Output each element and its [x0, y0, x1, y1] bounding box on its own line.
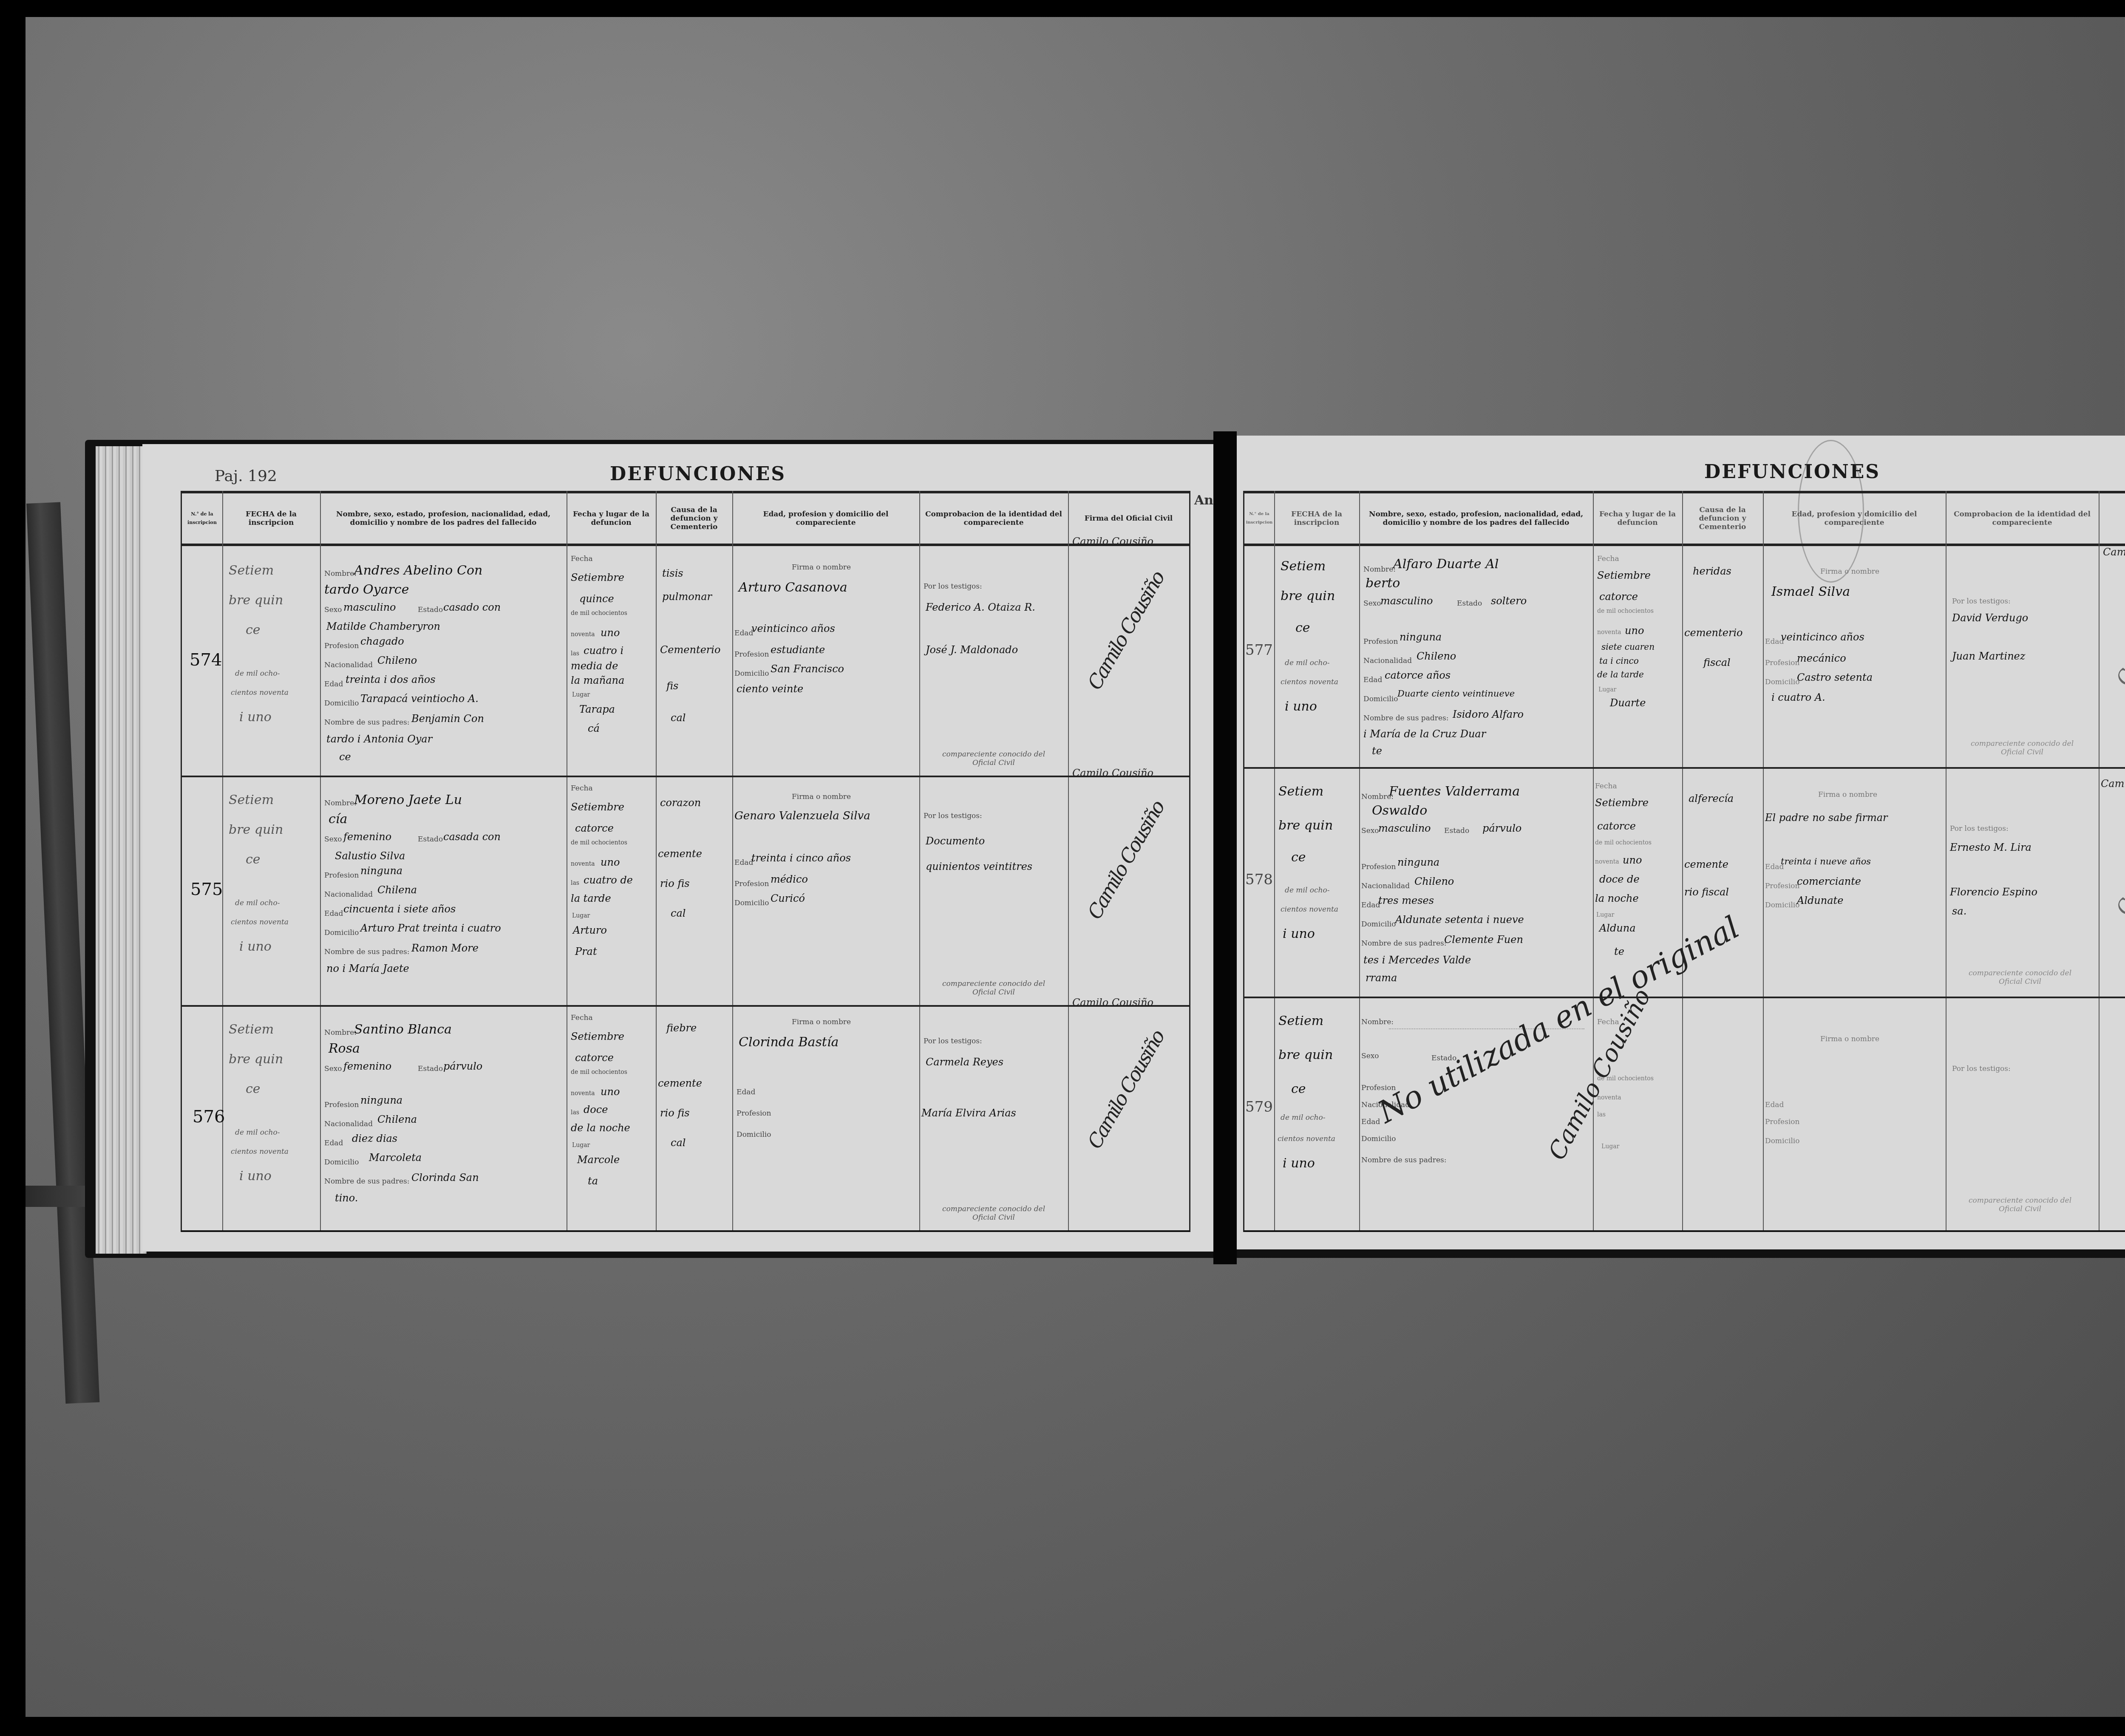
officer-signature: Camilo Cousiño	[1072, 535, 1153, 547]
label-profesion: Profesion	[1765, 882, 1800, 890]
registration-date: Setiem	[229, 793, 274, 807]
col-header-comprobacion: Comprobacion de la identidad del compare…	[1946, 491, 2099, 546]
entry-number: 577	[1245, 642, 1273, 659]
officer-rubric: Camilo Cousiño	[2111, 793, 2125, 919]
label-testigos: Por los testigos:	[1950, 824, 2009, 833]
deceased-sex: femenino	[343, 831, 391, 843]
label-las: las	[571, 650, 579, 657]
deceased-parents: tes i Mercedes Valde	[1363, 954, 1471, 966]
label-firma: Firma o nombre	[1818, 790, 1877, 799]
deceased-status: casado con	[443, 601, 501, 613]
print-label: compareciente conocido del Oficial Civil	[1956, 969, 2084, 986]
deceased-parents: Clorinda San	[411, 1172, 479, 1184]
cemetery: cemente	[658, 1077, 702, 1089]
declarant-signature: Genaro Valenzuela Silva	[734, 810, 870, 822]
deceased-nationality: Chileno	[1414, 875, 1454, 887]
deceased-parents: tardo i Antonia Oyar	[326, 733, 432, 745]
register-table: N.° de la inscripcion FECHA de la inscri…	[1243, 491, 2125, 1232]
print-label: de mil ocho-	[235, 899, 280, 907]
register-entry: 574 Setiem bre quin ce de mil ocho- cien…	[182, 546, 1189, 777]
deceased-name: Moreno Jaete Lu	[354, 793, 462, 807]
label-domicilio: Domicilio	[1361, 1135, 1396, 1143]
label-fecha: Fecha	[571, 784, 593, 793]
declarant-age: veinticinco años	[751, 623, 835, 634]
death-time: la tarde	[571, 892, 611, 904]
witness: Ernesto M. Lira	[1950, 841, 2031, 853]
deceased-nationality: Chileno	[377, 654, 417, 666]
label-nombre: Nombre:	[1361, 1018, 1394, 1026]
deceased-age: treinta i dos años	[346, 674, 436, 685]
register-entry: 577 Setiem bre quin ce de mil ocho- cien…	[1244, 546, 2125, 769]
officer-rubric: Camilo Cousiño	[2111, 564, 2125, 689]
deceased-profession: ninguna	[360, 1094, 402, 1106]
registration-date: Setiem	[229, 1022, 274, 1037]
label-sexo: Sexo	[1361, 827, 1379, 835]
death-time: la mañana	[571, 674, 624, 686]
declarant-signature: El padre no sabe firmar	[1765, 812, 1888, 824]
label-fecha: Fecha	[571, 555, 593, 563]
death-place: Tarapa	[579, 703, 615, 715]
right-page: DEFUNCIONES Paj. 193 Anotaciones N.° de …	[1237, 436, 2125, 1249]
label-edad: Edad	[324, 1139, 343, 1147]
death-date: uno	[601, 856, 620, 868]
deceased-status: soltero	[1491, 595, 1527, 607]
label-firma: Firma o nombre	[792, 1018, 851, 1026]
deceased-status: párvulo	[443, 1060, 482, 1072]
entry-number: 576	[193, 1107, 225, 1127]
label-edad: Edad	[734, 629, 753, 637]
deceased-sex: masculino	[1378, 822, 1431, 834]
death-time: doce de	[1599, 873, 1640, 885]
deceased-nationality: Chilena	[377, 1113, 417, 1125]
death-place: Alduna	[1599, 922, 1636, 934]
label-profesion: Profesion	[324, 871, 359, 880]
registration-date: bre quin	[1278, 1048, 1333, 1062]
print-label: cientos noventa	[231, 688, 289, 697]
entry-number: 575	[190, 880, 223, 899]
registration-date: i uno	[239, 1169, 272, 1184]
deceased-age: diez dias	[352, 1133, 397, 1144]
print-label: de mil ocho-	[235, 1128, 280, 1137]
cemetery: rio fiscal	[1684, 886, 1729, 898]
deceased-parents: tino.	[335, 1192, 358, 1204]
death-date: quince	[579, 593, 614, 605]
cemetery: cemente	[1684, 858, 1728, 870]
label-domicilio: Domicilio	[324, 929, 359, 937]
deceased-age: cincuenta i siete años	[343, 903, 456, 915]
deceased-nationality: Chilena	[377, 884, 417, 896]
label-padres: Nombre de sus padres:	[324, 718, 409, 727]
label-domicilio: Domicilio	[1765, 901, 1800, 909]
page-edges-left	[96, 446, 147, 1254]
deceased-sex: femenino	[343, 1060, 391, 1072]
label-domicilio: Domicilio	[1765, 678, 1800, 686]
label-testigos: Por los testigos:	[924, 1037, 982, 1045]
book-gutter	[1213, 431, 1237, 1264]
death-date: catorce	[575, 822, 614, 834]
deceased-address: Marcoleta	[369, 1152, 422, 1164]
death-cause: fiebre	[666, 1022, 697, 1034]
death-cause: pulmonar	[662, 591, 712, 603]
label-padres: Nombre de sus padres:	[1361, 1156, 1446, 1164]
label-lugar: Lugar	[1596, 912, 1614, 918]
cemetery: fis	[666, 680, 678, 692]
deceased-parents: te	[1372, 745, 1382, 757]
registration-date: ce	[246, 623, 261, 637]
death-date: uno	[1623, 854, 1642, 866]
deceased-sex: masculino	[343, 601, 396, 613]
label-edad: Edad	[324, 909, 343, 918]
print-label: compareciente conocido del Oficial Civil	[930, 980, 1057, 997]
deceased-parents: i María de la Cruz Duar	[1363, 728, 1486, 740]
officer-rubric: Camilo Cousiño	[1083, 1027, 1169, 1153]
officer-signature: Camilo Cousiño	[1072, 997, 1153, 1008]
death-time: doce	[584, 1104, 608, 1116]
deceased-name: Rosa	[329, 1041, 360, 1056]
declarant-signature: Arturo Casanova	[739, 580, 847, 595]
label-domicilio: Domicilio	[324, 699, 359, 708]
label-firma: Firma o nombre	[1820, 1035, 1879, 1043]
register-entry: 575 Setiem bre quin ce de mil ocho- cien…	[182, 776, 1189, 1007]
label-noventa: noventa	[571, 861, 595, 867]
death-cause: corazon	[660, 797, 701, 809]
label-year: de mil ochocientos	[1597, 608, 1654, 615]
label-domicilio: Domicilio	[734, 899, 769, 907]
deceased-parents: Benjamin Con	[411, 713, 484, 725]
label-profesion: Profesion	[324, 642, 359, 650]
deceased-parents: rrama	[1366, 972, 1397, 984]
print-label: cientos noventa	[1281, 905, 1338, 914]
deceased-parents: Clemente Fuen	[1444, 934, 1523, 946]
death-date: Setiembre	[1597, 569, 1651, 581]
label-sexo: Sexo	[324, 1065, 342, 1073]
col-header-compareciente: Edad, profesion y domicilio del comparec…	[732, 491, 919, 546]
label-estado: Estado	[1457, 599, 1482, 608]
registration-date: Setiem	[229, 563, 274, 578]
col-header-causa: Causa de la defuncion y Cementerio	[656, 491, 732, 546]
col-header-numero: N.° de la inscripcion	[1244, 491, 1274, 546]
label-lugar: Lugar	[1598, 686, 1616, 693]
death-place: cá	[588, 722, 600, 734]
death-date: Setiembre	[571, 572, 624, 583]
cemetery: fiscal	[1703, 657, 1731, 668]
registration-date: i uno	[1283, 926, 1315, 941]
label-nombre: Nombre:	[324, 569, 357, 578]
page-title: DEFUNCIONES	[610, 463, 786, 485]
deceased-name: Fuentes Valderrama	[1389, 784, 1520, 799]
label-profesion: Profesion	[737, 1109, 771, 1118]
deceased-name: tardo Oyarce	[324, 582, 409, 597]
print-label: cientos noventa	[231, 918, 289, 926]
col-header-fecha-lugar: Fecha y lugar de la defuncion	[567, 491, 656, 546]
deceased-name: Oswaldo	[1372, 803, 1427, 818]
label-profesion: Profesion	[324, 1101, 359, 1109]
deceased-age: catorce años	[1385, 669, 1451, 681]
deceased-address: Arturo Prat treinta i cuatro	[360, 922, 501, 934]
label-nacionalidad: Nacionalidad	[324, 890, 373, 899]
scan-border-top	[0, 0, 2125, 17]
label-lugar: Lugar	[572, 691, 590, 698]
label-nacionalidad: Nacionalidad	[324, 661, 373, 669]
label-profesion: Profesion	[734, 880, 769, 888]
death-date: uno	[1625, 625, 1644, 637]
witness: Documento	[926, 835, 985, 847]
death-time: ta i cinco	[1599, 656, 1639, 666]
label-estado: Estado	[418, 835, 443, 844]
death-date: uno	[601, 1086, 620, 1098]
declarant-address: ciento veinte	[737, 683, 803, 695]
officer-signature: Camilo Cousiño	[2101, 778, 2125, 790]
label-sexo: Sexo	[1363, 599, 1381, 608]
label-nombre: Nombre:	[1363, 565, 1396, 574]
col-header-fecha-lugar: Fecha y lugar de la defuncion	[1593, 491, 1682, 546]
registration-date: Setiem	[1278, 784, 1323, 799]
cemetery: rio fis	[660, 1107, 690, 1119]
death-time: la noche	[1595, 892, 1639, 904]
registration-date: ce	[246, 852, 261, 867]
print-label: de mil ocho-	[1285, 659, 1329, 667]
label-edad: Edad	[1765, 1101, 1784, 1109]
entry-number: 579	[1245, 1099, 1273, 1116]
left-page: Paj. 192 DEFUNCIONES Anotaciones N.° de …	[142, 444, 1213, 1252]
label-domicilio: Domicilio	[734, 669, 769, 678]
registration-date: bre quin	[1281, 589, 1335, 603]
label-year: de mil ochocientos	[1595, 839, 1652, 846]
death-date: catorce	[575, 1052, 614, 1064]
death-date: Setiembre	[1595, 797, 1649, 809]
label-las: las	[1597, 1111, 1606, 1118]
cemetery: cemente	[658, 848, 702, 860]
declarant-profession: mecánico	[1797, 652, 1846, 664]
death-time: de la tarde	[1597, 669, 1644, 680]
label-noventa: noventa	[1595, 858, 1619, 865]
label-firma: Firma o nombre	[1820, 567, 1879, 576]
declarant-age: treinta i cinco años	[751, 852, 851, 864]
label-firma: Firma o nombre	[792, 563, 851, 572]
deceased-status-extra: Salustio Silva	[335, 850, 405, 862]
col-header-numero: N.° de la inscripcion	[182, 491, 222, 546]
label-profesion: Profesion	[1765, 1118, 1800, 1126]
registration-date: bre quin	[1278, 818, 1333, 833]
label-padres: Nombre de sus padres:	[324, 1177, 409, 1186]
label-domicilio: Domicilio	[737, 1130, 771, 1139]
label-profesion: Profesion	[1361, 863, 1396, 871]
page-number: Paj. 192	[215, 467, 277, 485]
deceased-sex: masculino	[1380, 595, 1433, 607]
label-edad: Edad	[737, 1088, 755, 1096]
registration-date: ce	[246, 1082, 261, 1096]
death-cause: heridas	[1693, 565, 1731, 577]
label-nombre: Nombre:	[324, 799, 357, 807]
scan-border-left	[0, 0, 25, 1736]
print-label: cientos noventa	[1281, 678, 1338, 686]
print-label: compareciente conocido del Oficial Civil	[1958, 739, 2086, 756]
registration-date: Setiem	[1281, 559, 1326, 574]
deceased-profession: ninguna	[360, 865, 402, 877]
officer-signature: Camilo Cousiño	[1072, 767, 1153, 779]
declarant-address: San Francisco	[771, 663, 844, 675]
witness: José J. Maldonado	[926, 644, 1018, 656]
col-header-firma-oficial: Firma del Oficial Civil	[2099, 491, 2125, 546]
death-date: catorce	[1599, 591, 1638, 603]
cemetery: cal	[671, 712, 686, 724]
entry-number: 578	[1245, 871, 1273, 888]
deceased-address: Duarte ciento veintinueve	[1397, 688, 1515, 699]
declarant-age: veinticinco años	[1781, 631, 1864, 643]
label-las: las	[571, 1109, 579, 1116]
label-domicilio: Domicilio	[1765, 1137, 1800, 1145]
deceased-status: casada con	[443, 831, 501, 843]
cemetery: Cementerio	[660, 644, 720, 656]
col-header-compareciente: Edad, profesion y domicilio del comparec…	[1763, 491, 1946, 546]
label-nacionalidad: Nacionalidad	[1363, 657, 1412, 665]
label-las: las	[571, 880, 579, 886]
label-fecha: Fecha	[571, 1014, 593, 1022]
cemetery: cementerio	[1684, 627, 1743, 639]
register-entry-void: 579 Setiem bre quin ce de mil ocho- cien…	[1244, 997, 2125, 1222]
death-place: ta	[588, 1175, 598, 1187]
registration-date: ce	[1291, 1082, 1306, 1096]
death-date: Setiembre	[571, 1031, 624, 1042]
label-fecha: Fecha	[1595, 782, 1617, 790]
label-testigos: Por los testigos:	[924, 582, 982, 591]
cemetery: cal	[671, 1137, 686, 1149]
label-profesion: Profesion	[1363, 637, 1398, 646]
label-estado: Estado	[418, 1065, 443, 1073]
death-time: cuatro de	[584, 874, 633, 886]
witness: quinientos veintitres	[926, 861, 1032, 872]
cemetery: cal	[671, 907, 686, 919]
label-year: de mil ochocientos	[571, 839, 627, 846]
declarant-age: treinta i nueve años	[1781, 856, 1871, 867]
print-label: cientos noventa	[231, 1147, 289, 1156]
death-cause: alferecía	[1689, 793, 1734, 804]
scan-border-bottom	[0, 1717, 2125, 1736]
declarant-signature: Clorinda Bastía	[739, 1035, 839, 1050]
officer-signature: Camilo Cousiño	[2103, 546, 2125, 558]
deceased-address: Aldunate setenta i nueve	[1395, 914, 1524, 926]
death-date: Setiembre	[571, 801, 624, 813]
label-sexo: Sexo	[324, 606, 342, 614]
label-lugar: Lugar	[572, 1142, 590, 1149]
label-edad: Edad	[734, 858, 753, 867]
register-table: N.° de la inscripcion FECHA de la inscri…	[181, 491, 1190, 1232]
deceased-name: Alfaro Duarte Al	[1393, 557, 1499, 572]
print-label: de mil ocho-	[235, 669, 280, 678]
deceased-profession: chagado	[360, 635, 404, 647]
label-testigos: Por los testigos:	[1952, 1065, 2011, 1073]
deceased-parents: ce	[339, 751, 351, 763]
witness: Juan Martinez	[1952, 650, 2025, 662]
label-domicilio: Domicilio	[1363, 695, 1398, 703]
deceased-profession: ninguna	[1400, 631, 1442, 643]
deceased-parents: Ramon More	[411, 942, 479, 954]
death-date: uno	[601, 627, 620, 639]
deceased-address: Tarapacá veintiocho A.	[360, 693, 479, 705]
print-label: cientos noventa	[1278, 1135, 1335, 1143]
deceased-status: párvulo	[1482, 822, 1521, 834]
label-sexo: Sexo	[324, 835, 342, 844]
registration-date: i uno	[1283, 1156, 1315, 1171]
registration-date: i uno	[1285, 699, 1317, 714]
declarant-address: Castro setenta	[1797, 671, 1873, 683]
death-time: media de	[571, 660, 618, 672]
registration-date: ce	[1291, 850, 1306, 865]
officer-rubric: Camilo Cousiño	[1083, 568, 1169, 694]
registration-date: i uno	[239, 939, 272, 954]
label-nacionalidad: Nacionalidad	[1361, 882, 1410, 890]
label-noventa: noventa	[571, 1090, 595, 1097]
label-lugar: Lugar	[1601, 1143, 1619, 1150]
label-profesion: Profesion	[1765, 659, 1800, 667]
declarant-profession: estudiante	[771, 644, 825, 656]
declarant-profession: médico	[771, 873, 808, 885]
death-time: de la noche	[571, 1122, 630, 1134]
register-entry: 576 Setiem bre quin ce de mil ocho- cien…	[182, 1005, 1189, 1230]
label-nacionalidad: Nacionalidad	[324, 1120, 373, 1128]
label-padres: Nombre de sus padres:	[1361, 939, 1446, 948]
death-time: siete cuaren	[1601, 642, 1655, 652]
label-edad: Edad	[1361, 1118, 1380, 1126]
label-edad: Edad	[1363, 676, 1382, 684]
deceased-parents: Isidoro Alfaro	[1453, 708, 1524, 720]
entry-number: 574	[190, 650, 222, 670]
death-cause: tisis	[662, 567, 683, 579]
death-place: Arturo	[573, 924, 607, 936]
deceased-age: tres meses	[1378, 895, 1434, 906]
col-header-fecha: FECHA de la inscripcion	[222, 491, 320, 546]
label-estado: Estado	[418, 606, 443, 614]
deceased-name: Santino Blanca	[354, 1022, 452, 1037]
cemetery: rio fis	[660, 878, 690, 889]
declarant-address: Curicó	[771, 892, 805, 904]
col-header-nombre: Nombre, sexo, estado, profesion, naciona…	[320, 491, 567, 546]
death-place: Duarte	[1610, 697, 1646, 709]
witness: Federico A. Otaiza R.	[926, 601, 1035, 613]
label-profesion: Profesion	[734, 650, 769, 659]
col-header-causa: Causa de la defuncion y Cementerio	[1682, 491, 1763, 546]
witness: Florencio Espino	[1950, 886, 2037, 898]
witness: sa.	[1952, 905, 1966, 917]
deceased-name: cía	[329, 812, 347, 827]
label-testigos: Por los testigos:	[1952, 597, 2011, 606]
declarant-address: Aldunate	[1797, 895, 1843, 906]
witness: David Verdugo	[1952, 612, 2028, 624]
witness: María Elvira Arias	[921, 1107, 1016, 1119]
death-time: cuatro i	[584, 645, 623, 657]
label-domicilio: Domicilio	[324, 1158, 359, 1167]
registration-date: Setiem	[1278, 1014, 1323, 1028]
label-noventa: noventa	[1597, 629, 1621, 636]
label-firma: Firma o nombre	[792, 793, 851, 801]
registration-date: i uno	[239, 710, 272, 725]
col-header-fecha: FECHA de la inscripcion	[1274, 491, 1359, 546]
label-sexo: Sexo	[1361, 1052, 1379, 1060]
label-fecha: Fecha	[1597, 555, 1619, 563]
witness: Carmela Reyes	[926, 1056, 1003, 1068]
label-padres: Nombre de sus padres:	[1363, 714, 1448, 722]
death-place: Prat	[575, 946, 597, 957]
declarant-profession: comerciante	[1797, 875, 1861, 887]
declarant-signature: Ismael Silva	[1771, 584, 1850, 599]
registration-date: bre quin	[229, 822, 283, 837]
deceased-name: Andres Abelino Con	[354, 563, 482, 578]
registration-date: ce	[1295, 620, 1310, 635]
label-edad: Edad	[324, 680, 343, 688]
officer-rubric: Camilo Cousiño	[1083, 797, 1169, 923]
label-noventa: noventa	[571, 631, 595, 638]
label-lugar: Lugar	[572, 912, 590, 919]
